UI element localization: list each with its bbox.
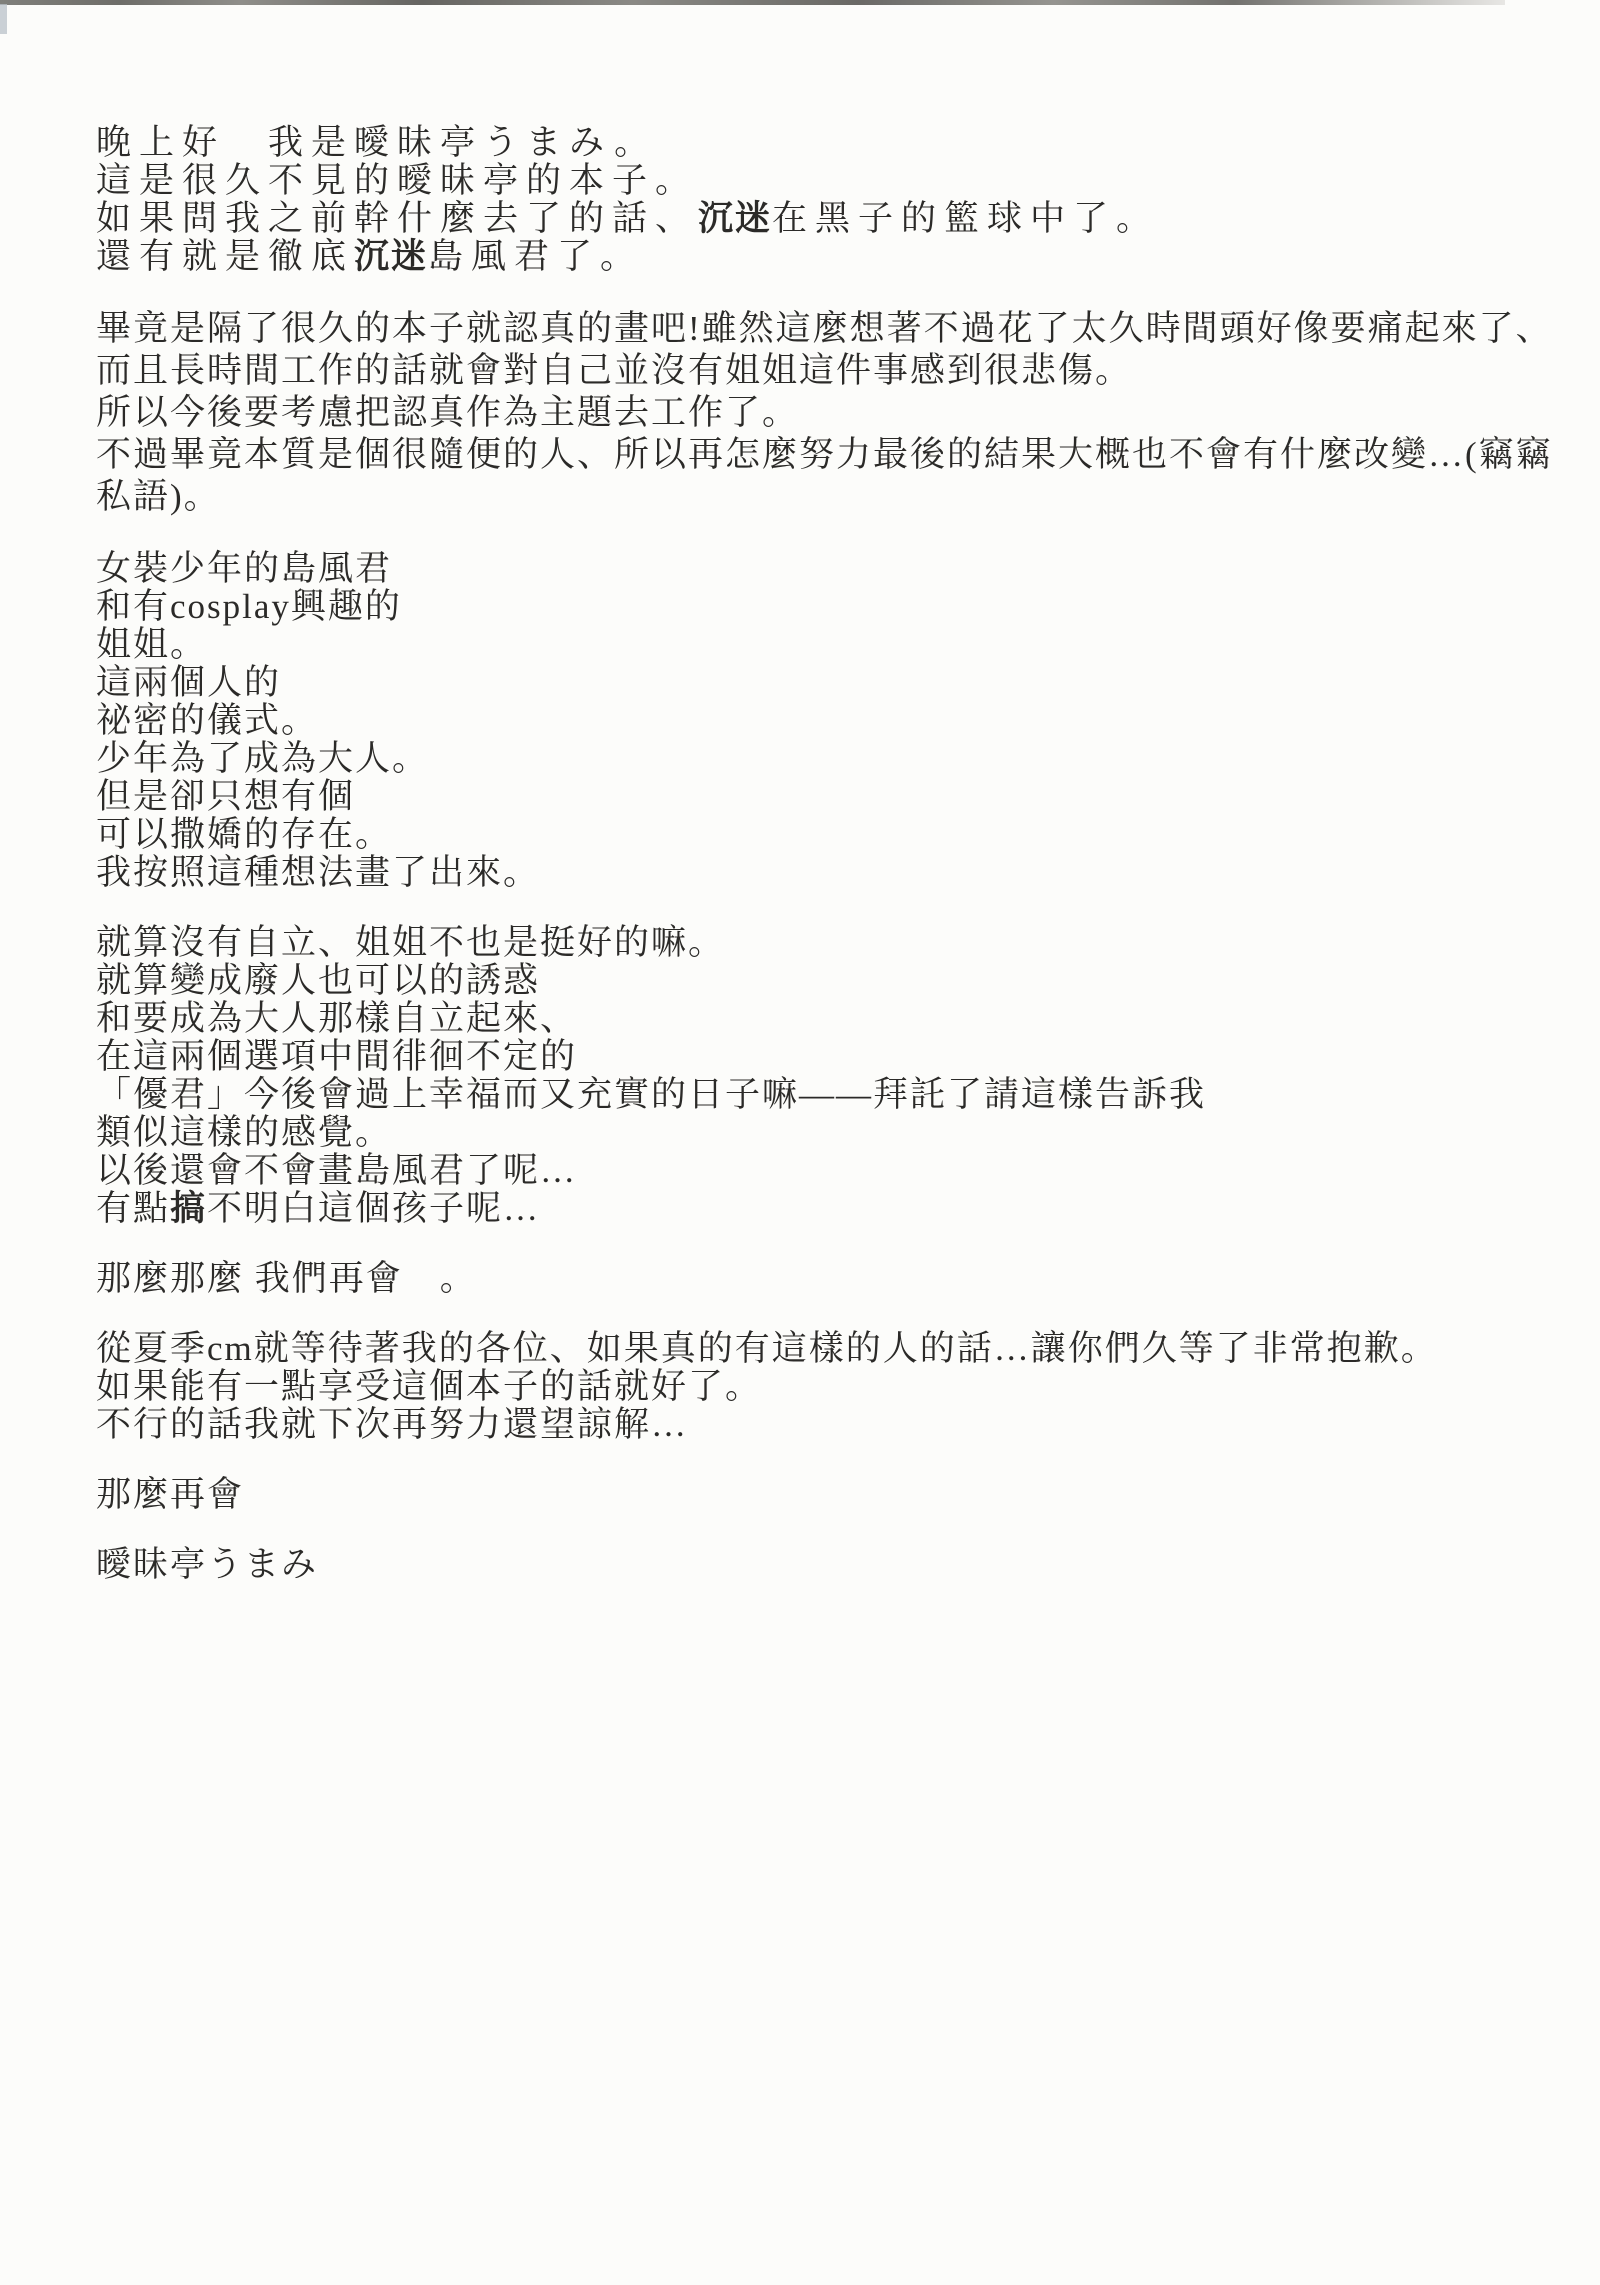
concept-line: 我按照這種想法畫了出來。 — [96, 854, 1564, 892]
scan-edge-artifact — [0, 0, 1505, 5]
wish-line: 就算沒有自立、姐姐不也是挺好的嘛。 — [96, 924, 1564, 962]
concept-line: 少年為了成為大人。 — [96, 740, 1564, 778]
interlude-line: 那麼那麼 我們再會 。 — [96, 1260, 1564, 1298]
text-run: 在黑子的籃球中了。 — [772, 199, 1159, 238]
apology-line: 從夏季cm就等待著我的各位、如果真的有這樣的人的話…讓你們久等了非常抱歉。 — [96, 1330, 1564, 1368]
reflection-line: 所以今後要考慮把認真作為主題去工作了。 — [96, 392, 1564, 434]
interlude-block: 那麼那麼 我們再會 。 — [96, 1260, 1564, 1298]
concept-line: 這兩個人的 — [96, 664, 1564, 702]
scanned-afterword-page: 晚上好 我是曖昧亭うまみ。 這是很久不見的曖昧亭的本子。 如果問我之前幹什麼去了… — [0, 0, 1600, 2285]
goodbye-line: 那麼再會 — [96, 1476, 1564, 1514]
greeting-line-4: 還有就是徹底沉迷島風君了。 — [96, 238, 1564, 276]
reflection-block: 畢竟是隔了很久的本子就認真的畫吧!雖然這麼想著不過花了太久時間頭好像要痛起來了、… — [96, 308, 1564, 518]
reflection-line: 畢竟是隔了很久的本子就認真的畫吧!雖然這麼想著不過花了太久時間頭好像要痛起來了、 — [96, 308, 1564, 350]
wish-line: 在這兩個選項中間徘徊不定的 — [96, 1038, 1564, 1076]
concept-line: 姐姐。 — [96, 626, 1564, 664]
text-run: 不明白這個孩子呢… — [207, 1189, 540, 1228]
concept-line: 可以撒嬌的存在。 — [96, 816, 1564, 854]
text-run: 有點 — [96, 1189, 170, 1228]
wish-line: 以後還會不會畫島風君了呢… — [96, 1152, 1564, 1190]
reflection-line: 不過畢竟本質是個很隨便的人、所以再怎麼努力最後的結果大概也不會有什麼改變…(竊竊… — [96, 434, 1564, 518]
author-signature: 曖昧亭うまみ — [96, 1546, 1564, 1584]
reflection-line: 而且長時間工作的話就會對自己並沒有姐姐這件事感到很悲傷。 — [96, 350, 1564, 392]
wish-line: 「優君」今後會過上幸福而又充實的日子嘛——拜託了請這樣告訴我 — [96, 1076, 1564, 1114]
signature-block: 曖昧亭うまみ — [96, 1546, 1564, 1584]
concept-line: 和有cosplay興趣的 — [96, 588, 1564, 626]
text-run: 島風君了。 — [428, 237, 643, 276]
concept-block: 女裝少年的島風君 和有cosplay興趣的 姐姐。 這兩個人的 祕密的儀式。 少… — [96, 550, 1564, 892]
concept-line: 女裝少年的島風君 — [96, 550, 1564, 588]
emphasis-run: 沉迷 — [354, 237, 428, 276]
apology-line: 如果能有一點享受這個本子的話就好了。 — [96, 1368, 1564, 1406]
wish-line: 類似這樣的感覺。 — [96, 1114, 1564, 1152]
greeting-line-3: 如果問我之前幹什麼去了的話、沉迷在黑子的籃球中了。 — [96, 200, 1564, 238]
emphasis-run: 沉迷 — [698, 199, 772, 238]
scan-corner-artifact — [0, 4, 7, 34]
emphasis-run: 搞 — [170, 1189, 207, 1228]
apology-line: 不行的話我就下次再努力還望諒解… — [96, 1406, 1564, 1444]
concept-line: 但是卻只想有個 — [96, 778, 1564, 816]
greeting-line-1: 晚上好 我是曖昧亭うまみ。 — [96, 124, 1564, 162]
text-run: 如果問我之前幹什麼去了的話、 — [96, 199, 698, 238]
afterword-text: 晚上好 我是曖昧亭うまみ。 這是很久不見的曖昧亭的本子。 如果問我之前幹什麼去了… — [96, 124, 1564, 1616]
wish-line-8: 有點搞不明白這個孩子呢… — [96, 1190, 1564, 1228]
wish-line: 就算變成廢人也可以的誘惑 — [96, 962, 1564, 1000]
text-run: 還有就是徹底 — [96, 237, 354, 276]
wish-line: 和要成為大人那樣自立起來、 — [96, 1000, 1564, 1038]
apology-block: 從夏季cm就等待著我的各位、如果真的有這樣的人的話…讓你們久等了非常抱歉。 如果… — [96, 1330, 1564, 1444]
greeting-block: 晚上好 我是曖昧亭うまみ。 這是很久不見的曖昧亭的本子。 如果問我之前幹什麼去了… — [96, 124, 1564, 276]
greeting-line-2: 這是很久不見的曖昧亭的本子。 — [96, 162, 1564, 200]
goodbye-block: 那麼再會 — [96, 1476, 1564, 1514]
wish-block: 就算沒有自立、姐姐不也是挺好的嘛。 就算變成廢人也可以的誘惑 和要成為大人那樣自… — [96, 924, 1564, 1228]
concept-line: 祕密的儀式。 — [96, 702, 1564, 740]
